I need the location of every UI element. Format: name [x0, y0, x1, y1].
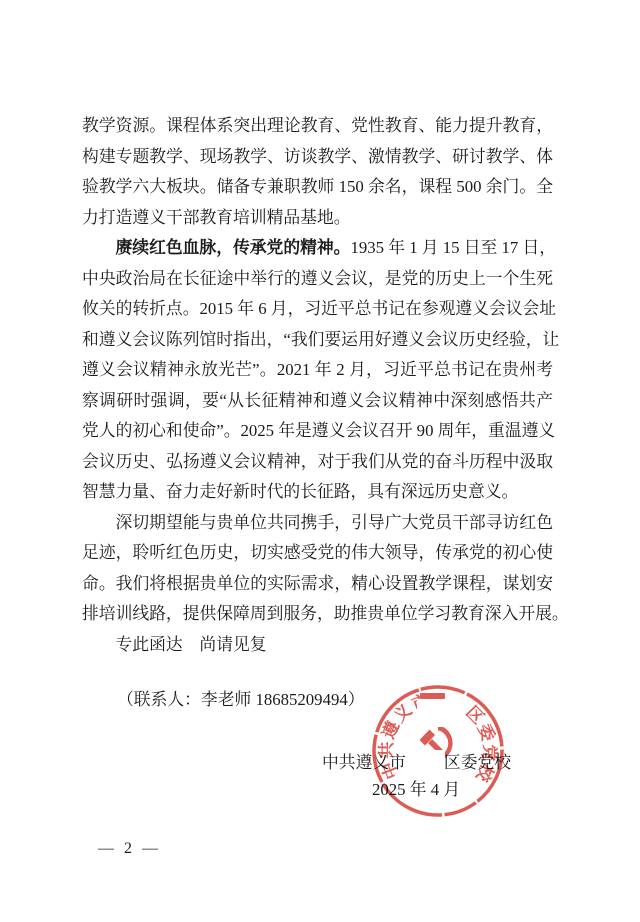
- text-line: 会议历史、弘扬遵义会议精神，对于我们从党的奋斗历程中汲取: [82, 447, 553, 478]
- text-line: 足迹，聆听红色历史，切实感受党的伟大领导，传承党的初心使: [82, 538, 553, 569]
- seal-arc-char: 党: [480, 744, 501, 762]
- contact-line: （联系人：李老师 18685209494）: [117, 689, 365, 711]
- redaction-box-signature: [408, 750, 445, 772]
- text-line: 深切期望能与贵单位共同携手，引导广大党员干部寻访红色: [82, 508, 553, 539]
- seal-arc-char: 共: [376, 741, 396, 758]
- text-line: 攸关的转折点。2015 年 6 月，习近平总书记在参观遵义会议会址: [82, 294, 553, 325]
- text-line: 专此函达 尚请见复: [82, 630, 553, 661]
- text-line: 遵义会议精神永放光芒”。2021 年 2 月，习近平总书记在贵州考: [82, 355, 553, 386]
- redaction-box-top: [417, 699, 461, 727]
- text-line: 中央政治局在长征途中举行的遵义会议，是党的历史上一个生死: [82, 264, 553, 295]
- bold-lead: 赓续红色血脉，传承党的精神。: [116, 238, 351, 257]
- text-line: 赓续红色血脉，传承党的精神。1935 年 1 月 15 日至 17 日，: [82, 233, 553, 264]
- text-line: 党人的初心和使命”。2025 年是遵义会议召开 90 周年，重温遵义: [82, 416, 553, 447]
- text-line: 排培训线路，提供保障周到服务，助推贵单位学习教育深入开展。: [82, 599, 553, 630]
- text-line: 构建专题教学、现场教学、访谈教学、激情教学、研讨教学、体: [82, 142, 553, 173]
- page-number: — 2 —: [98, 840, 161, 858]
- text-line: 察调研时强调，要“从长征精神和遵义会议精神中深刻感悟共产: [82, 386, 553, 417]
- letter-page: 教学资源。课程体系突出理论教育、党性教育、能力提升教育，构建专题教学、现场教学、…: [0, 0, 640, 922]
- text-line: 智慧力量、奋力走好新时代的长征路，具有深远历史意义。: [82, 477, 553, 508]
- text-line: 和遵义会议陈列馆时指出，“我们要运用好遵义会议历史经验，让: [82, 325, 553, 356]
- text-line: 力打造遵义干部教育培训精品基地。: [82, 203, 553, 234]
- text-line: 验教学六大板块。储备专兼职教师 150 余名，课程 500 余门。全: [82, 172, 553, 203]
- text-line: 教学资源。课程体系突出理论教育、党性教育、能力提升教育，: [82, 111, 553, 142]
- letter-body: 教学资源。课程体系突出理论教育、党性教育、能力提升教育，构建专题教学、现场教学、…: [82, 111, 553, 660]
- text-line: 命。我们将根据贵单位的实际需求，精心设置教学课程，谋划安: [82, 569, 553, 600]
